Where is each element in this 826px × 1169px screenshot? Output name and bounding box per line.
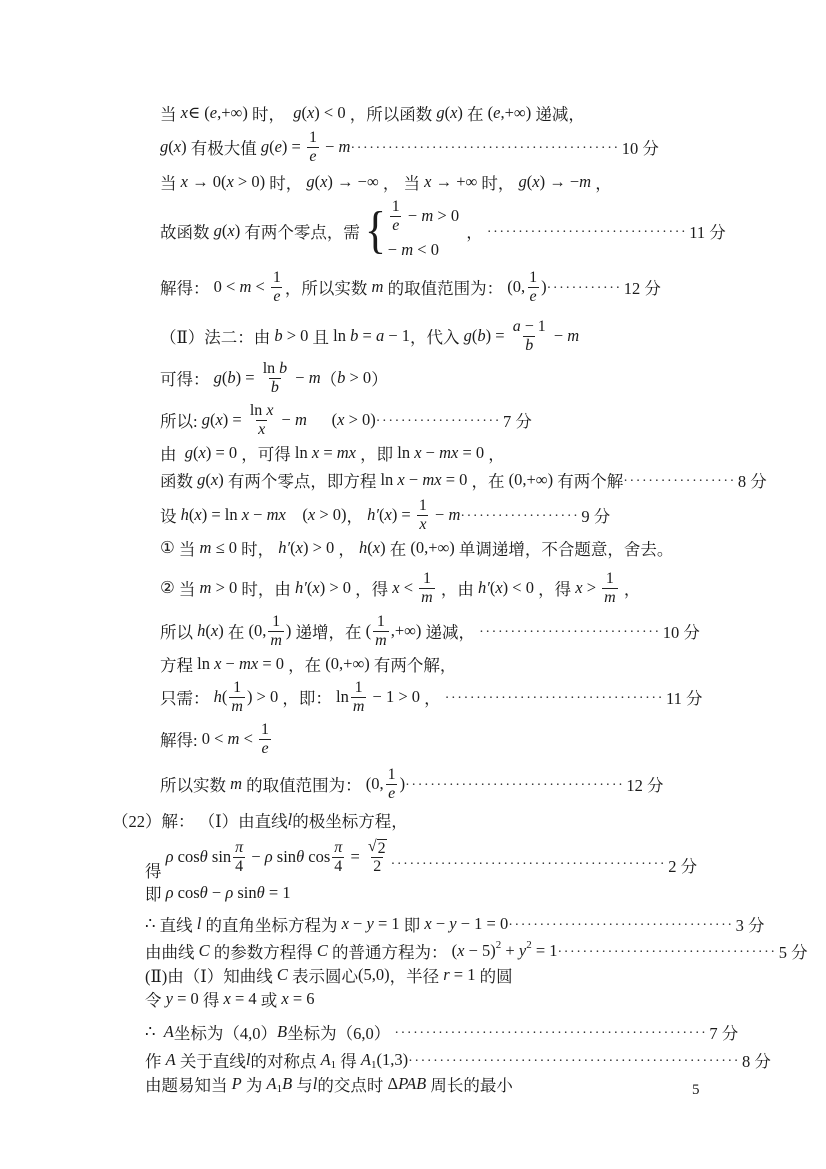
text-run: ，即 [356,441,397,465]
dot-leader: ···································· [508,918,733,934]
fraction: ln bb [261,360,289,396]
text-run: C [313,941,332,961]
text-run: e [261,740,268,758]
score-label: 3 分 [736,912,765,936]
fraction: 1m [602,570,618,606]
text-run: x [226,172,233,192]
cases-system: {1e − m > 0− m < 0 [363,198,459,263]
text-run: ( [307,410,337,430]
text-run: ) > 0 [247,687,278,707]
text-run: < 0 [413,240,439,260]
text-run: m [195,538,211,558]
score-label: 9 分 [581,503,610,527]
text-run: mx [422,470,441,490]
text-run: 坐标为（6,0） [287,1020,394,1044]
solution-line-26: ∴ A坐标为（4,0）B坐标为（6,0） ···················… [145,1020,812,1044]
solution-line-25: 令 y = 0 得 x = 4 或 x = 6 [145,987,812,1011]
text-run: 所以实数 [160,772,230,796]
text-run: B [277,1022,287,1042]
text-run: x [307,103,314,123]
text-run: x [373,538,380,558]
text-run: θ [257,883,265,903]
text-run: ，由 [437,576,478,600]
text-run: h [181,505,189,525]
solution-line-2: g(x) 有极大值 g(e) = 1e − m·················… [160,126,812,168]
text-run: − [321,137,339,157]
text-run: = 6 [289,989,315,1009]
text-run: g [214,221,222,241]
text-run: ， [620,576,641,600]
text-run: A [321,1050,331,1070]
text-run: − [277,410,295,430]
text-run: 周长的最小 [426,1072,513,1096]
text-run: m [239,277,251,297]
text-run: x [227,221,234,241]
text-run: 1 [388,766,396,784]
text-run: 在 [463,101,488,125]
text-run: − [349,914,367,934]
fraction-numerator: 1 [527,269,539,287]
text-run: g [261,137,269,157]
fraction-numerator: 1 [270,613,282,631]
text-run: x [277,989,288,1009]
fraction: π4 [233,839,245,875]
text-run: = 4 [231,989,257,1009]
fraction: 1e [390,198,402,234]
text-run: − [291,368,309,388]
text-run: 1 [419,497,427,515]
text-run: ，在 [284,652,325,676]
text-run: b [227,368,235,388]
text-run: sin [233,883,256,903]
fraction-numerator: 1 [353,679,365,697]
text-run: e [309,148,316,166]
text-run: ,+∞) [217,103,248,123]
text-run: x [420,172,431,192]
text-run: x [219,989,230,1009]
text-run: ) = [282,137,305,157]
fraction-denominator: e [271,287,282,306]
text-run: − 1 [384,326,410,346]
text-run: m [228,729,240,749]
text-run: ，得 [351,576,388,600]
text-run: m [604,589,616,607]
text-run: h [214,687,222,707]
text-run: 只需： [160,685,214,709]
text-run: 有两个零点，需 [240,219,360,243]
text-run: m [579,172,591,192]
text-run: 故函数 [160,219,214,243]
text-run: x [210,654,221,674]
solution-line-23: 由曲线 C 的参数方程得 C 的普通方程为： (x − 5)2 + y2 = 1… [145,939,812,963]
text-run: ， [420,685,445,709]
text-run: 时， [265,170,306,194]
text-run: 的取值范围为： [383,275,507,299]
text-run: e [275,137,282,157]
fraction: 1m [268,613,284,649]
dot-leader: ·················· [623,474,736,490]
fraction-denominator: m [229,697,245,716]
text-run: 在 [224,619,249,643]
text-run: + [501,941,519,961]
dot-leader: ····························· [479,625,661,641]
solution-line-3: 当 x → 0(x > 0) 时， g(x) → −∞ ， 当 x → +∞ 时… [160,170,812,194]
text-run: (0, [248,621,266,641]
text-run: mx [239,654,258,674]
text-run: = 0 [458,443,484,463]
text-run: ) < 0 [314,103,345,123]
text-run: ，即： [278,685,336,709]
text-run: ρ [225,883,233,903]
text-run: ln [333,326,346,346]
text-run: （22）解： （Ⅰ）由直线 [112,808,288,832]
text-run: > 0) [344,410,375,430]
text-run: θ [200,883,208,903]
fraction-numerator: 1 [307,129,319,147]
text-run: ) = [223,410,246,430]
text-run: B [282,1074,292,1094]
text-run: 解得： [160,275,214,299]
text-run: > [583,578,601,598]
text-run: (5,0) [358,965,390,985]
text-run: 1 [529,269,537,287]
text-run: 有两个解 [553,468,623,492]
fraction: 1m [373,613,389,649]
solution-line-19: （22）解： （Ⅰ）由直线l的极坐标方程， [112,808,812,832]
text-run: g [197,470,205,490]
text-run: x [211,621,218,641]
text-run: 时， [248,101,293,125]
text-run: m [295,410,307,430]
text-run: 当 [179,536,196,560]
text-run: ，代入 [410,324,464,348]
text-run: 1 [261,721,269,739]
score-label: 8 分 [742,1048,771,1072]
dot-leader: ········································… [350,141,619,157]
text-run: x [177,103,188,123]
text-run: x [393,470,404,490]
text-run: C [273,965,292,985]
text-run: ， [591,170,612,194]
text-run: e [392,217,399,235]
score-label: 12 分 [626,772,663,796]
text-run: l [193,914,206,934]
fraction-numerator: 1 [417,497,429,515]
subscript: 1 [277,1083,283,1095]
text-run: 当 [179,576,196,600]
fraction-denominator: m [351,697,367,716]
text-run: m [230,774,242,794]
text-run: < [400,578,418,598]
text-run: P [232,1074,242,1094]
text-run: ρ [265,847,273,867]
fraction-numerator: 1 [390,198,402,216]
text-run: x [211,470,218,490]
solution-line-16: 只需： h(1m) > 0 ，即： ln1m − 1 > 0 ， ·······… [160,676,812,718]
score-label: 7 分 [709,1020,738,1044]
text-run: = 0 [173,989,199,1009]
text-run: x [308,505,315,525]
solution-line-1: 当 x∈ (e,+∞) 时， g(x) < 0 ，所以函数 g(x) 在 (e,… [160,101,812,125]
text-run: ，在 [467,468,508,492]
text-run: ) = [392,505,415,525]
text-run: b [275,360,287,378]
score-label: 11 分 [666,685,703,709]
text-run: y [162,989,173,1009]
text-run: b [270,326,282,346]
text-run: 所以 [160,619,197,643]
fraction: 1e [259,721,271,757]
solution-line-22: ∴ 直线 l 的直角坐标方程为 x − y = 1 即 x − y − 1 = … [145,912,812,936]
text-run: x [532,172,539,192]
text-run: 与 [292,1072,313,1096]
text-run: 4 [235,858,243,876]
fraction: 1m [351,679,367,715]
text-run: x [420,914,431,934]
text-run: x [238,505,249,525]
text-run: ，得 [534,576,571,600]
text-run: 当 [160,101,177,125]
text-run: = 0 [442,470,468,490]
solution-line-9: 由 g(x) = 0 ，可得 ln x = mx ，即 ln x − mx = … [160,441,812,465]
text-run: ∴ [145,1022,164,1042]
text-run: cos [174,847,200,867]
text-run: cos [304,847,330,867]
text-run: 的取值范围为： [242,772,366,796]
text-run: m [567,326,579,346]
text-run: ， 当 [379,170,420,194]
text-run: A [164,1022,174,1042]
text-run: a [376,326,384,346]
text-run: = [358,326,376,346]
text-run: (0, [366,774,384,794]
text-run: e [273,288,280,306]
text-run: m [375,632,387,650]
fraction-numerator: a − 1 [511,318,548,336]
text-run: (Ⅱ)由（Ⅰ）知曲线 [145,963,273,987]
text-run: x [258,421,265,439]
text-run: 关于直线 [176,1048,246,1072]
text-run: 1 [392,198,400,216]
text-run: 1 [377,613,385,631]
fraction-numerator: 1 [386,766,398,784]
fraction-denominator: e [528,287,539,306]
text-run: 的参数方程得 [214,939,313,963]
dot-leader: ··················· [460,509,579,525]
text-run: 1 [355,679,363,697]
text-run: = 1 [450,965,476,985]
text-run: ln [336,687,349,707]
text-run: m [309,368,321,388]
text-run: ② [160,578,179,598]
text-run: ≤ 0 [211,538,237,558]
fraction-denominator: e [386,784,397,803]
text-run: 令 [145,987,162,1011]
text-run: x [199,443,206,463]
text-run: ) > 0 [303,538,334,558]
solution-line-12: ① 当 m ≤ 0 时， h′(x) > 0 ， h(x) 在 (0,+∞) 单… [160,536,812,560]
text-run: 的普通方程为： [332,939,452,963]
text-run: ,+∞) [501,103,532,123]
fraction-denominator: e [259,739,270,758]
text-run: ，半径 [390,963,440,987]
text-run: 单调递增，不合题意，舍去。 [455,536,674,560]
score-label: 5 分 [779,939,808,963]
text-run: 1 [233,679,241,697]
text-run: 且 [308,324,333,348]
solution-content: 当 x∈ (e,+∞) 时， g(x) < 0 ，所以函数 g(x) 在 (e,… [112,0,812,1096]
text-run: 的极坐标方程， [292,808,408,832]
text-run: b [346,326,358,346]
text-run: 有两个零点，即方程 [224,468,381,492]
text-run: 方程 [160,652,197,676]
text-run: − [405,470,423,490]
text-run: x [262,402,273,420]
text-run: ) = [236,368,259,388]
superscript: 2 [526,939,532,951]
solution-line-14: 所以 h(x) 在 (0,1m) 递增，在 (1m,+∞) 递减， ······… [160,610,812,652]
fraction-numerator: 1 [375,613,387,631]
fraction-denominator: m [373,631,389,650]
text-run: ，所以函数 [346,101,437,125]
text-run: = [319,443,337,463]
text-run: x [410,443,421,463]
text-run: 2 [373,858,381,876]
text-run: ( [286,505,308,525]
text-run: 即 [400,912,421,936]
text-run: h′ [478,578,490,598]
text-run: x [571,578,582,598]
text-run: m [270,632,282,650]
text-run: < [239,729,257,749]
text-run: ) > 0 [320,578,351,598]
text-run: ，所以实数 [285,275,372,299]
text-run: e [210,103,217,123]
text-run: − [208,883,226,903]
text-run: − [422,443,440,463]
text-run: m [372,277,384,297]
text-run: g [202,410,210,430]
text-run: g [293,103,301,123]
text-run: 在 [386,536,411,560]
text-run: 时， [237,536,278,560]
fraction: a − 1b [511,318,548,354]
text-run: > 0 [283,326,309,346]
solution-line-28: 由题易知当 P 为 A1B 与l的交点时 ΔPAB 周长的最小 [145,1072,812,1096]
fraction-numerator: 1 [231,679,243,697]
text-run: 得 [145,858,166,882]
text-run: (0, [507,277,525,297]
text-run: 4 [334,858,342,876]
fraction-denominator: e [307,147,318,166]
text-run: = 1 [532,941,558,961]
text-run: m [448,505,460,525]
text-run: 的对称点 [250,1048,320,1072]
text-run: − 1 = 0 [457,914,509,934]
text-run: π [334,839,342,857]
text-run: g [306,172,314,192]
fraction-numerator: 1 [259,721,271,739]
solution-line-24: (Ⅱ)由（Ⅰ）知曲线 C 表示圆心(5,0)，半径 r = 1 的圆 [145,963,812,987]
dot-leader: ···················· [376,414,501,430]
fraction-numerator: π [233,839,245,857]
text-run: 1 [423,570,431,588]
text-run: x [177,172,188,192]
text-run: → 0( [188,172,227,192]
text-run: ，可得 [237,441,295,465]
solution-line-15: 方程 ln x − mx = 0 ，在 (0,+∞) 有两个解， [160,652,812,676]
text-run: → +∞ [431,172,477,192]
text-run: y [366,914,373,934]
text-run: 由曲线 [145,939,195,963]
text-run: > 0 [345,368,371,388]
fraction-numerator: 1 [271,269,283,287]
text-run: 即 [145,881,166,905]
solution-line-18: 所以实数 m 的取值范围为： (0,1e)···················… [160,763,812,805]
fraction: 1x [417,497,429,533]
text-run: x [312,578,319,598]
text-run: h′ [367,505,379,525]
text-run: 由 [160,441,185,465]
solution-line-6: （Ⅱ）法二：由 b > 0 且 ln b = a − 1，代入 g(b) = a… [160,315,812,357]
text-run: PAB [398,1074,426,1094]
solution-line-11: 设 h(x) = ln x − mx (x > 0)， h′(x) = 1x −… [160,494,812,536]
text-run: m [401,240,413,260]
fraction: 1e [527,269,539,305]
text-run: x [388,578,399,598]
text-run: 1 [606,570,614,588]
text-run: 1 [272,613,280,631]
text-run: > 0) [234,172,265,192]
fraction: 1e [307,129,319,165]
text-run: ln [250,402,262,420]
text-run: ， [334,536,359,560]
text-run: θ [296,847,304,867]
text-run: ln [380,470,393,490]
text-run: A [361,1050,371,1070]
text-run: − [249,505,267,525]
text-run: e [493,103,500,123]
text-run: 的直角坐标方程为 [205,912,337,936]
text-run: sin [208,847,231,867]
text-run: r [439,965,450,985]
text-run: b [477,326,485,346]
radicand: 2 [377,839,387,858]
text-run: x [495,578,502,598]
text-run: m [421,589,433,607]
text-run: mx [267,505,286,525]
text-run: 时， [477,170,518,194]
text-run: ln [197,654,210,674]
text-run: x [174,137,181,157]
text-run: (0,+∞) [509,470,553,490]
score-label: 8 分 [738,468,767,492]
text-run: ln [263,360,275,378]
fraction-denominator: x [417,515,428,534]
solution-line-20: 得 ρ cosθ sinπ4 − ρ sinθ cosπ4 = √22·····… [145,833,812,881]
text-run: g [519,172,527,192]
text-run: ) = 0 [206,443,237,463]
solution-line-17: 解得: 0 < m < 1e [160,718,812,760]
text-run: ρ [166,847,174,867]
superscript: 2 [496,939,502,951]
text-run: x [450,103,457,123]
fraction-numerator: π [332,839,344,857]
text-run: 或 [257,987,278,1011]
text-run: ( [222,687,228,707]
fraction-denominator: 2 [371,857,383,876]
fraction-denominator: 4 [233,857,245,876]
